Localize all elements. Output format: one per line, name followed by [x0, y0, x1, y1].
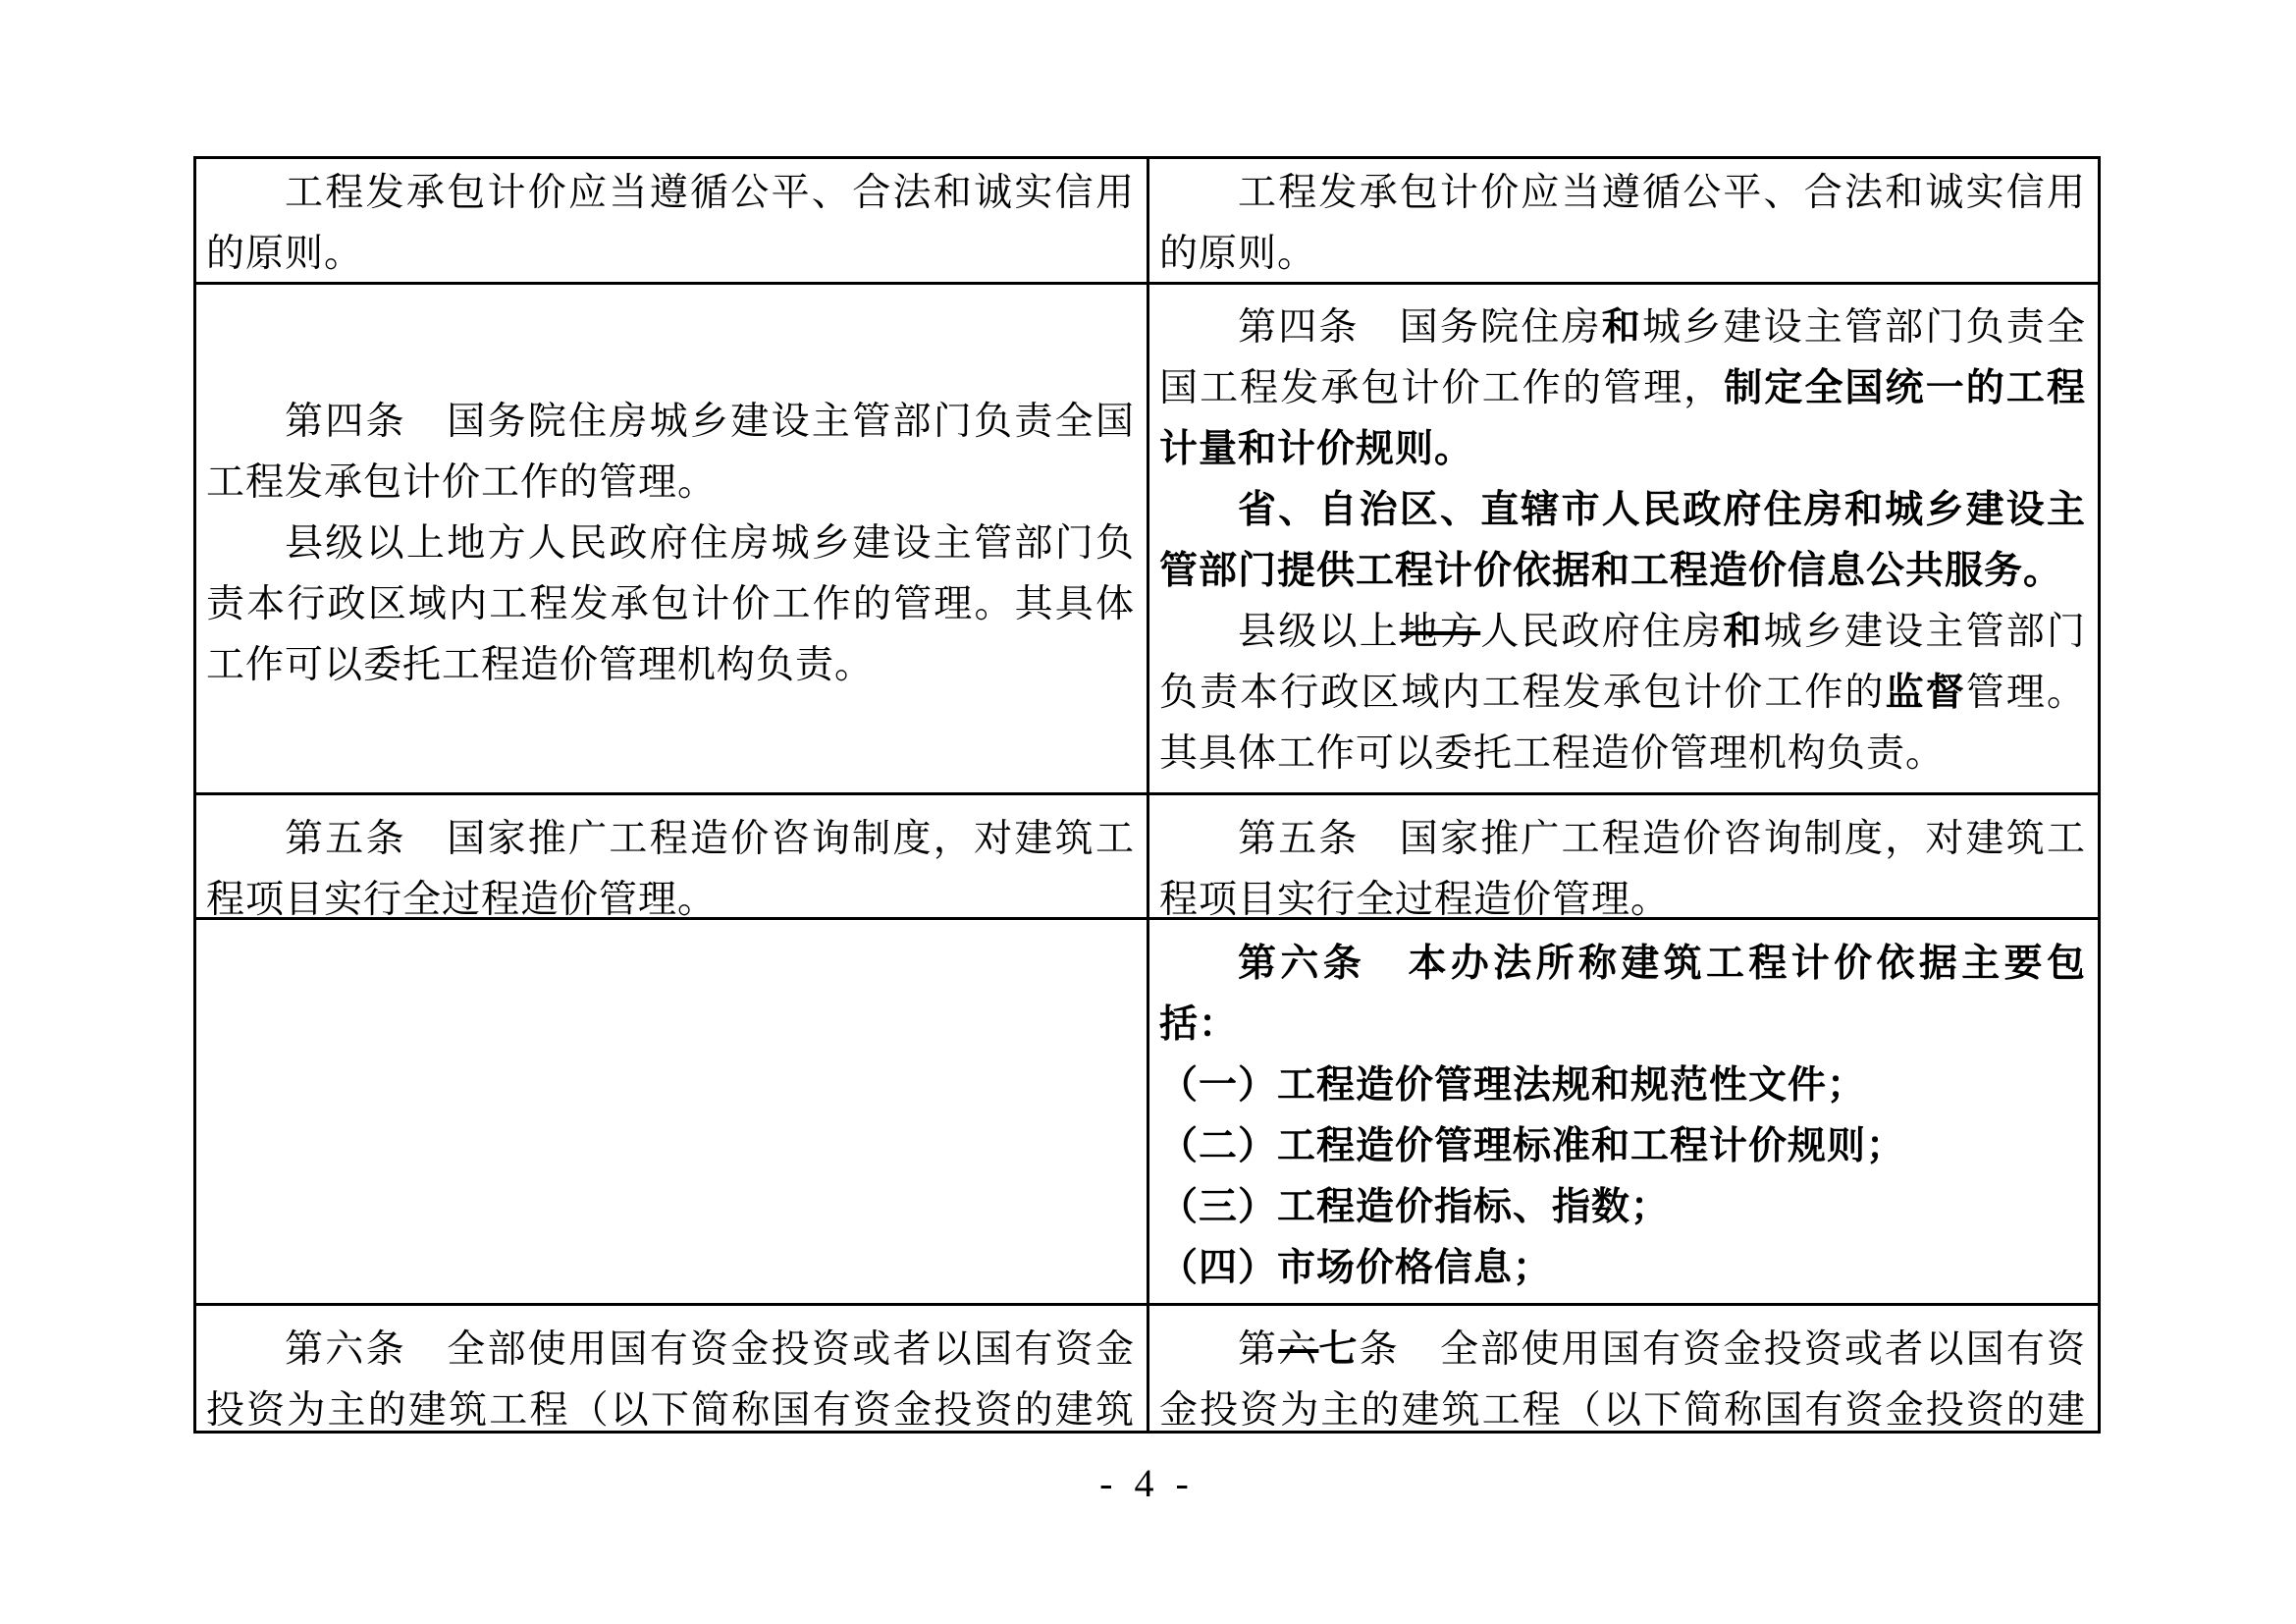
cell-revised-text: 第四条 国务院住房和城乡建设主管部门负责全国工程发承包计价工作的管理，制定全国统…: [1149, 285, 2098, 792]
table-row: 第六条 本办法所称建筑工程计价依据主要包括：（一）工程造价管理法规和规范性文件；…: [196, 920, 2098, 1306]
text-run-normal: 第: [1238, 1328, 1278, 1371]
text-run-bold: 和: [1602, 306, 1642, 349]
cell-revised-text: 第六七条 全部使用国有资金投资或者以国有资金投资为主的建筑工程（以下简称国有资金…: [1149, 1306, 2098, 1431]
paragraph: 第四条 国务院住房和城乡建设主管部门负责全国工程发承包计价工作的管理，制定全国统…: [1159, 298, 2086, 480]
paragraph: 第六条 全部使用国有资金投资或者以国有资金投资为主的建筑工程（以下简称国有资金投…: [206, 1320, 1135, 1431]
cell-original-text: 工程发承包计价应当遵循公平、合法和诚实信用的原则。: [196, 159, 1149, 282]
paragraph: 第五条 国家推广工程造价咨询制度，对建筑工程项目实行全过程造价管理。: [1159, 809, 2086, 917]
text-run-normal: 第四条 国务院住房城乡建设主管部门负责全国工程发承包计价工作的管理。: [206, 401, 1135, 504]
text-run-normal: 第五条 国家推广工程造价咨询制度，对建筑工程项目实行全过程造价管理。: [206, 818, 1135, 917]
paragraph: （二）工程造价管理标准和工程计价规则；: [1159, 1116, 2086, 1177]
paragraph: （一）工程造价管理法规和规范性文件；: [1159, 1056, 2086, 1116]
text-run-bold: 七: [1318, 1328, 1359, 1371]
cell-revised-text: 第六条 本办法所称建筑工程计价依据主要包括：（一）工程造价管理法规和规范性文件；…: [1149, 920, 2098, 1303]
text-run-normal: 工程发承包计价应当遵循公平、合法和诚实信用的原则。: [1159, 172, 2086, 275]
text-run-normal: 人民政府住房: [1480, 611, 1723, 653]
cell-original-text: 第五条 国家推广工程造价咨询制度，对建筑工程项目实行全过程造价管理。: [196, 795, 1149, 917]
paragraph: 县级以上地方人民政府住房和城乡建设主管部门负责本行政区域内工程发承包计价工作的监…: [1159, 602, 2086, 785]
text-run-strike: 地方: [1400, 611, 1480, 653]
cell-revised-text: 第五条 国家推广工程造价咨询制度，对建筑工程项目实行全过程造价管理。: [1149, 795, 2098, 917]
table-row: 工程发承包计价应当遵循公平、合法和诚实信用的原则。工程发承包计价应当遵循公平、合…: [196, 159, 2098, 285]
text-run-bold: （二）工程造价管理标准和工程计价规则；: [1159, 1125, 1905, 1167]
paragraph: 第四条 国务院住房城乡建设主管部门负责全国工程发承包计价工作的管理。: [206, 392, 1135, 514]
document-page: 工程发承包计价应当遵循公平、合法和诚实信用的原则。工程发承包计价应当遵循公平、合…: [0, 0, 2296, 1624]
paragraph: （五）其他工程相关技术资料。: [1159, 1299, 2086, 1303]
text-run-bold: （一）工程造价管理法规和规范性文件；: [1159, 1064, 1866, 1107]
table-row: 第六条 全部使用国有资金投资或者以国有资金投资为主的建筑工程（以下简称国有资金投…: [196, 1306, 2098, 1431]
text-run-normal: 县级以上地方人民政府住房城乡建设主管部门负责本行政区域内工程发承包计价工作的管理…: [206, 522, 1135, 686]
text-run-normal: 第五条 国家推广工程造价咨询制度，对建筑工程项目实行全过程造价管理。: [1159, 818, 2086, 917]
comparison-table: 工程发承包计价应当遵循公平、合法和诚实信用的原则。工程发承包计价应当遵循公平、合…: [193, 156, 2101, 1434]
paragraph: 工程发承包计价应当遵循公平、合法和诚实信用的原则。: [206, 163, 1135, 282]
text-run-bold: 监督: [1886, 672, 1966, 714]
text-run-normal: 县级以上: [1238, 611, 1400, 653]
text-run-normal: 工程发承包计价应当遵循公平、合法和诚实信用的原则。: [206, 172, 1135, 275]
paragraph: （四）市场价格信息；: [1159, 1238, 2086, 1299]
paragraph: （三）工程造价指标、指数；: [1159, 1177, 2086, 1238]
cell-original-text: 第六条 全部使用国有资金投资或者以国有资金投资为主的建筑工程（以下简称国有资金投…: [196, 1306, 1149, 1431]
table-row: 第五条 国家推广工程造价咨询制度，对建筑工程项目实行全过程造价管理。第五条 国家…: [196, 795, 2098, 920]
paragraph: 工程发承包计价应当遵循公平、合法和诚实信用的原则。: [1159, 163, 2086, 282]
paragraph: 第五条 国家推广工程造价咨询制度，对建筑工程项目实行全过程造价管理。: [206, 809, 1135, 917]
text-run-bold: 第六条 本办法所称建筑工程计价依据主要包括：: [1159, 943, 2086, 1046]
page-number: - 4 -: [193, 1460, 2101, 1506]
text-run-bold: 和: [1723, 611, 1763, 653]
cell-revised-text: 工程发承包计价应当遵循公平、合法和诚实信用的原则。: [1149, 159, 2098, 282]
text-run-bold: （四）市场价格信息；: [1159, 1247, 1552, 1289]
table-row: 第四条 国务院住房城乡建设主管部门负责全国工程发承包计价工作的管理。县级以上地方…: [196, 285, 2098, 795]
paragraph: 省、自治区、直辖市人民政府住房和城乡建设主管部门提供工程计价依据和工程造价信息公…: [1159, 480, 2086, 602]
paragraph: 第六条 本办法所称建筑工程计价依据主要包括：: [1159, 934, 2086, 1056]
text-run-bold: （三）工程造价指标、指数；: [1159, 1186, 1670, 1228]
cell-original-text: 第四条 国务院住房城乡建设主管部门负责全国工程发承包计价工作的管理。县级以上地方…: [196, 285, 1149, 792]
text-run-strike: 六: [1278, 1328, 1318, 1371]
text-run-bold: 省、自治区、直辖市人民政府住房和城乡建设主管部门提供工程计价依据和工程造价信息公…: [1159, 489, 2086, 592]
cell-original-text: [196, 920, 1149, 1303]
paragraph: 县级以上地方人民政府住房城乡建设主管部门负责本行政区域内工程发承包计价工作的管理…: [206, 514, 1135, 696]
paragraph: 第六七条 全部使用国有资金投资或者以国有资金投资为主的建筑工程（以下简称国有资金…: [1159, 1320, 2086, 1431]
text-run-normal: 第四条 国务院住房: [1238, 306, 1602, 349]
text-run-normal: 第六条 全部使用国有资金投资或者以国有资金投资为主的建筑工程（以下简称国有资金投…: [206, 1328, 1135, 1431]
